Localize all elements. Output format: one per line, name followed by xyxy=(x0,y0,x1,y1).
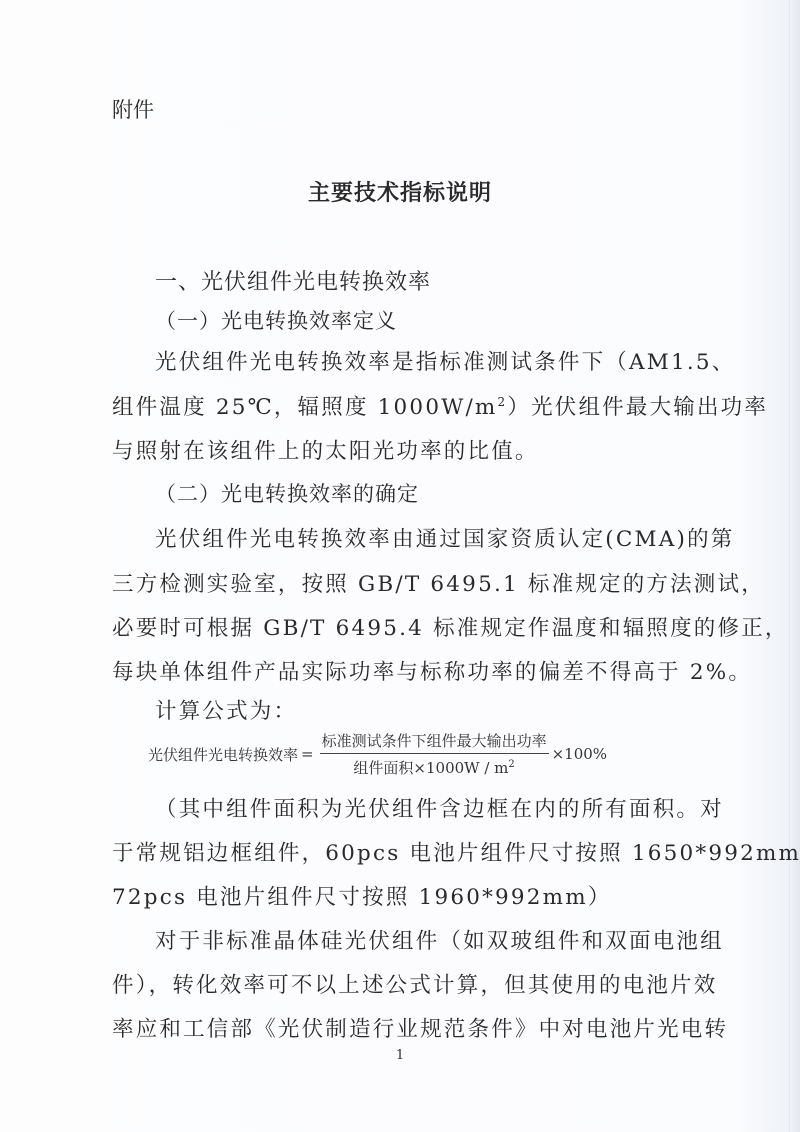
attachment-label: 附件 xyxy=(112,94,154,124)
paragraph-line: 三方检测实验室，按照 GB/T 6495.1 标准规定的方法测试， xyxy=(112,567,765,598)
paragraph-line: 必要时可根据 GB/T 6495.4 标准规定作温度和辐照度的修正， xyxy=(112,611,789,642)
paragraph-line: 组件温度 25℃，辐照度 1000W/m2）光伏组件最大输出功率 xyxy=(112,390,768,421)
paragraph-line: 每块单体组件产品实际功率与标称功率的偏差不得高于 2%。 xyxy=(112,655,752,686)
text-span: ）光伏组件最大输出功率 xyxy=(507,395,768,420)
paragraph-line: 件），转化效率可不以上述公式计算，但其使用的电池片效 xyxy=(112,968,717,999)
formula-equals: = xyxy=(301,745,314,763)
paragraph-line: 对于非标准晶体硅光伏组件（如双玻组件和双面电池组 xyxy=(155,924,724,955)
page-number: 1 xyxy=(0,1048,800,1063)
paragraph-line: 72pcs 电池片组件尺寸按照 1960*992mm） xyxy=(112,880,612,911)
text-span: 组件温度 25℃，辐照度 1000W/m xyxy=(112,395,498,420)
document-page: 附件 主要技术指标说明 一、光伏组件光电转换效率 （一）光电转换效率定义 光伏组… xyxy=(0,0,800,1132)
formula-intro: 计算公式为： xyxy=(155,694,297,725)
formula-denominator: 组件面积×1000W / m2 xyxy=(353,754,514,778)
formula-numerator: 标准测试条件下组件最大输出功率 xyxy=(320,730,549,754)
paragraph-line: 与照射在该组件上的太阳光功率的比值。 xyxy=(112,434,539,465)
paragraph-line: 光伏组件光电转换效率是指标准测试条件下（AM1.5、 xyxy=(155,345,735,376)
formula-multiplier: ×100% xyxy=(552,745,607,763)
efficiency-formula: 光伏组件光电转换效率 = 标准测试条件下组件最大输出功率 组件面积×1000W … xyxy=(148,730,607,778)
superscript: 2 xyxy=(508,759,514,770)
document-title: 主要技术指标说明 xyxy=(0,176,800,207)
text-span: 组件面积×1000W / m xyxy=(353,759,508,777)
page-edge xyxy=(789,0,790,1132)
paragraph-line: （其中组件面积为光伏组件含边框在内的所有面积。对 xyxy=(155,792,724,823)
subsection-heading: （二）光电转换效率的确定 xyxy=(155,478,419,508)
formula-fraction: 标准测试条件下组件最大输出功率 组件面积×1000W / m2 xyxy=(320,730,549,778)
section-heading: 一、光伏组件光电转换效率 xyxy=(155,265,431,296)
paragraph-line: 率应和工信部《光伏制造行业规范条件》中对电池片光电转 xyxy=(112,1012,728,1043)
formula-lhs: 光伏组件光电转换效率 xyxy=(148,744,298,765)
superscript: 2 xyxy=(498,395,508,409)
subsection-heading: （一）光电转换效率定义 xyxy=(155,305,397,335)
paragraph-line: 光伏组件光电转换效率由通过国家资质认定(CMA)的第 xyxy=(155,522,734,553)
paragraph-line: 于常规铝边框组件，60pcs 电池片组件尺寸按照 1650*992mm， xyxy=(112,836,800,867)
